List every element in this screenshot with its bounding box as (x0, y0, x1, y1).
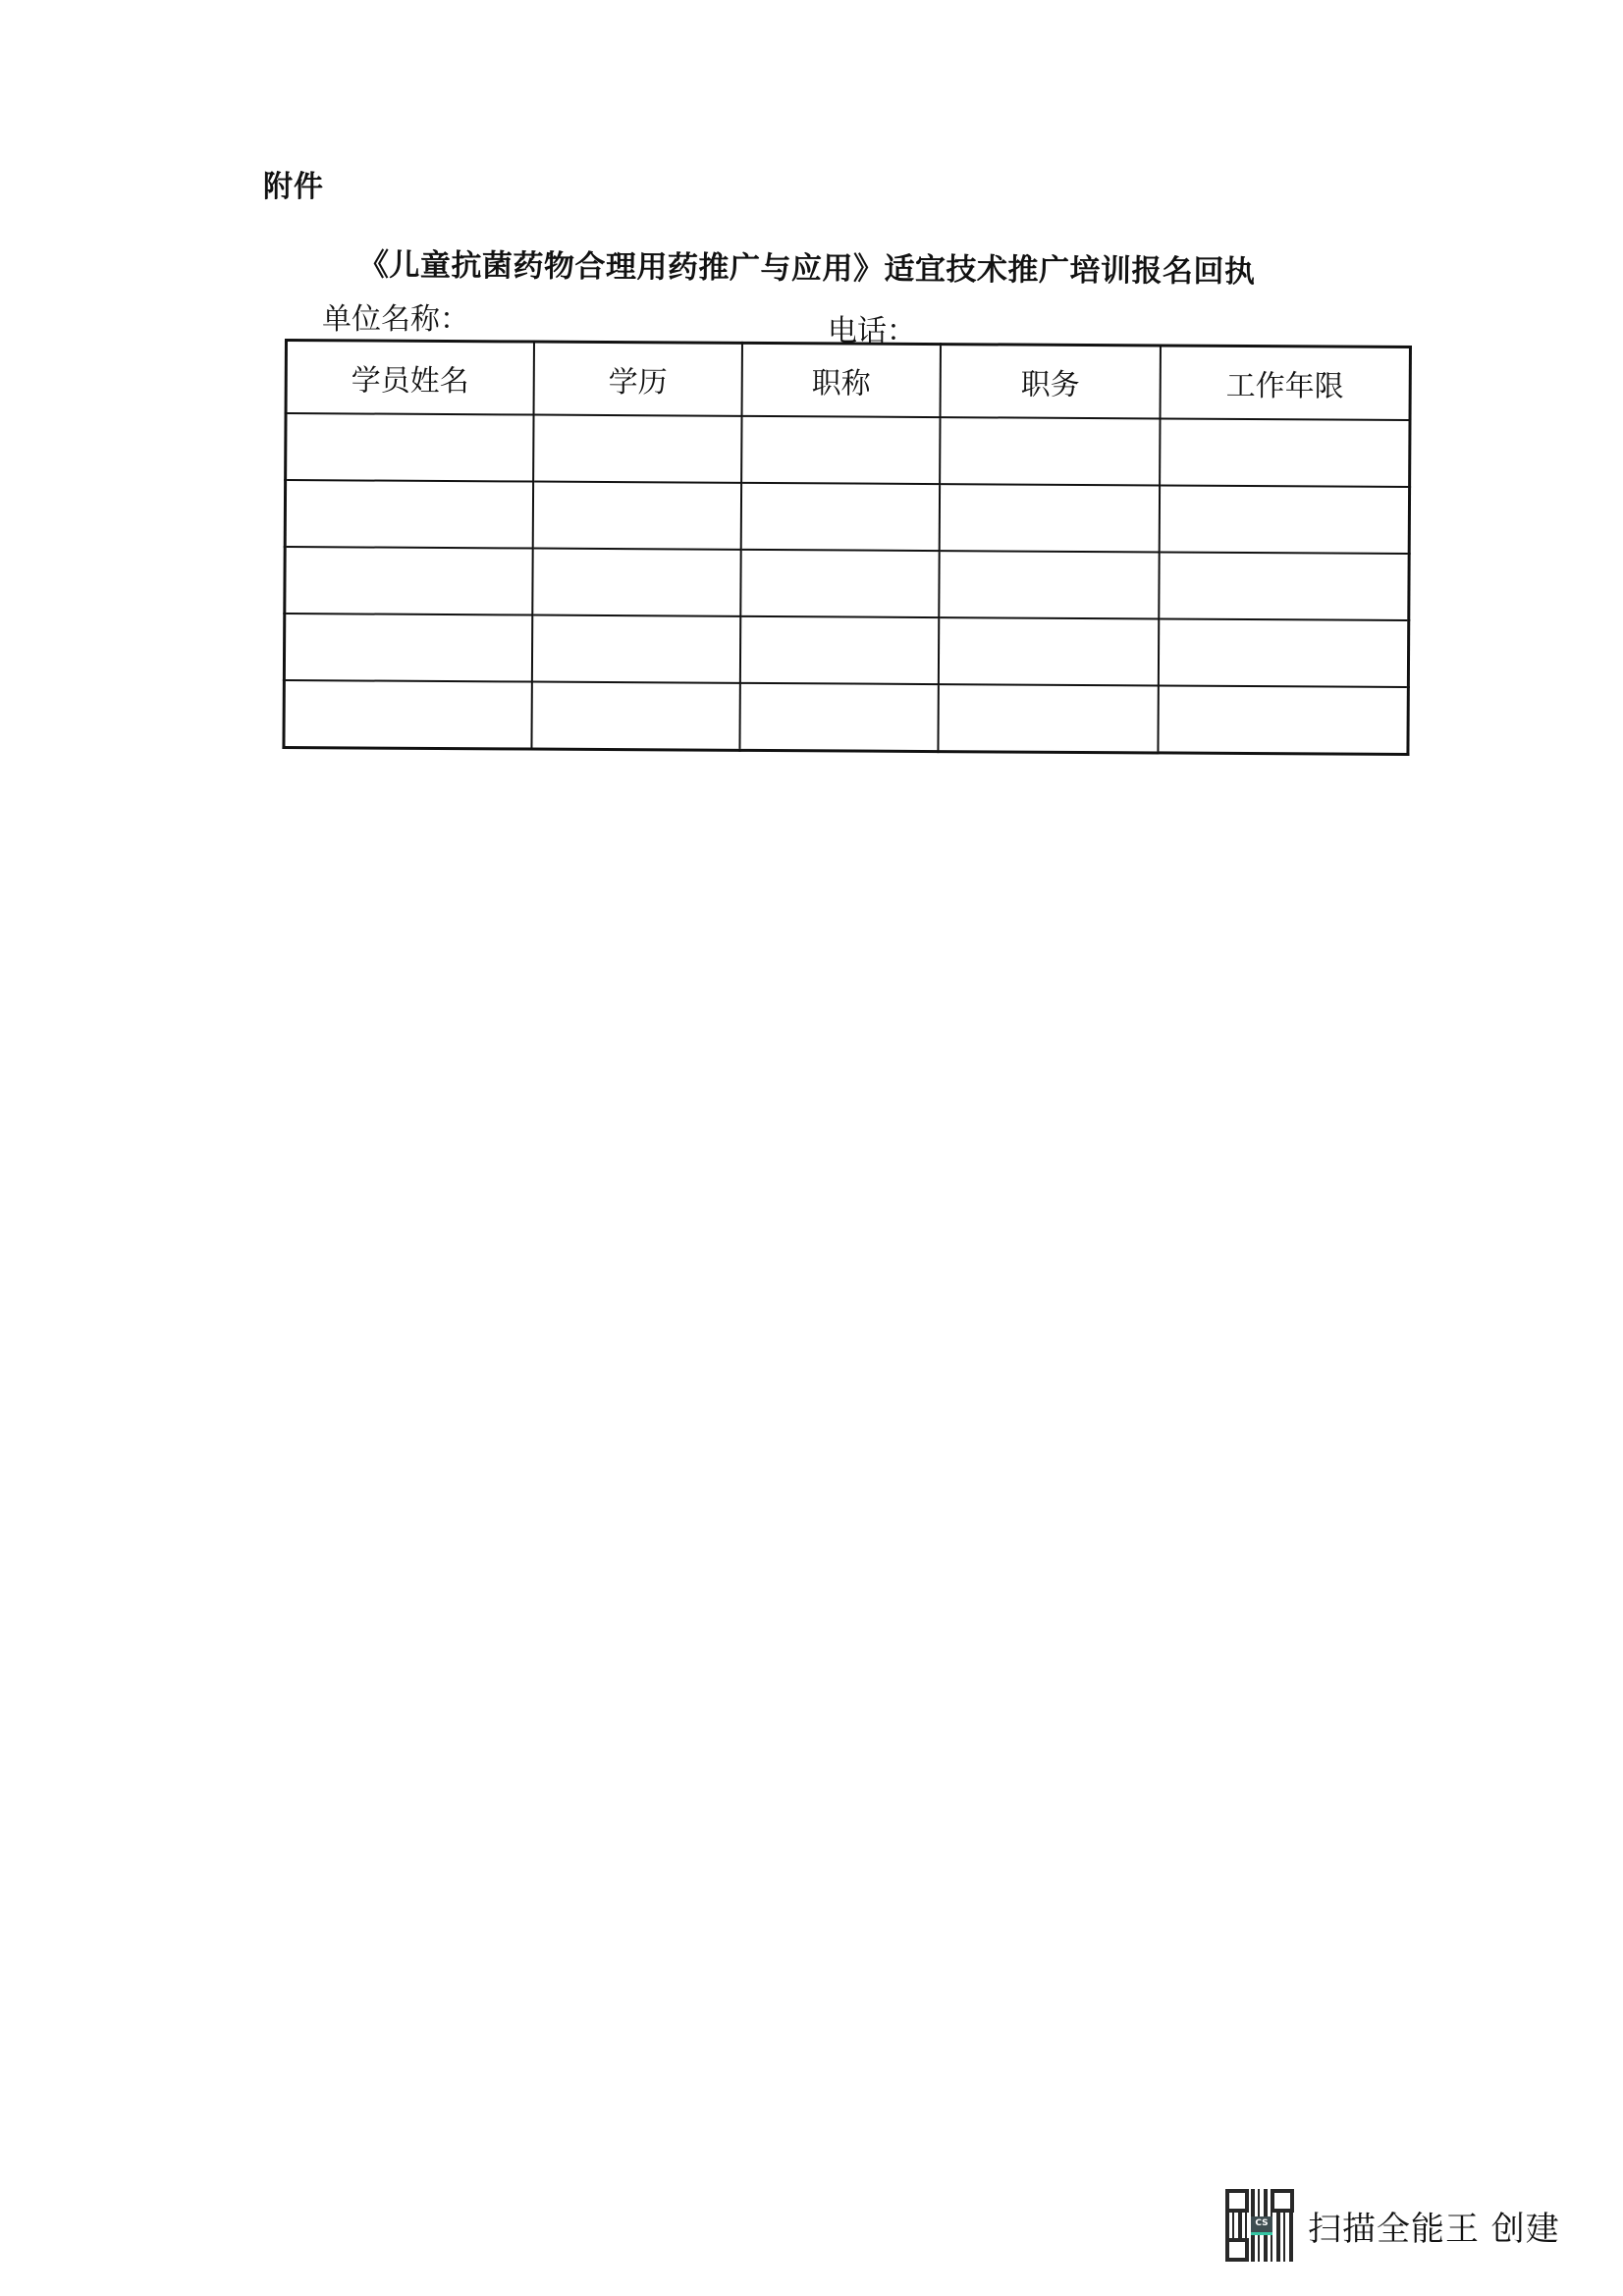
table-cell (1160, 418, 1410, 487)
column-header-professional-title: 职称 (742, 343, 941, 417)
table-header-row: 学员姓名 学历 职称 职务 工作年限 (286, 341, 1410, 420)
unit-name-label: 单位名称： (322, 294, 469, 338)
page-title: 《儿童抗菌药物合理用药推广与应用》适宜技术推广培训报名回执 (358, 240, 1256, 291)
attachment-label: 附件 (263, 162, 324, 205)
column-header-years-of-work: 工作年限 (1161, 346, 1411, 420)
table-row (285, 547, 1409, 620)
table-cell (286, 413, 534, 482)
table-cell (740, 616, 939, 684)
table-row (286, 413, 1410, 487)
table-row (285, 480, 1409, 554)
camscanner-watermark: CS 扫描全能王 创建 (1225, 2189, 1560, 2262)
qr-corner-marker (1225, 2238, 1249, 2262)
column-header-education: 学历 (534, 342, 742, 416)
table-row (284, 680, 1408, 754)
column-header-name: 学员姓名 (286, 341, 534, 415)
table-cell (938, 684, 1158, 753)
table-cell (284, 614, 532, 682)
table-row (284, 614, 1408, 687)
table-cell (739, 683, 938, 752)
table-cell (741, 483, 940, 551)
table-cell (531, 682, 739, 751)
table-cell (939, 551, 1159, 618)
table-cell (741, 416, 940, 484)
table-cell (285, 547, 533, 615)
table-cell (285, 480, 533, 549)
watermark-text: 扫描全能王 创建 (1308, 2202, 1560, 2250)
column-header-position: 职务 (941, 345, 1161, 419)
table-cell (532, 549, 740, 616)
table-cell (740, 550, 939, 617)
table-cell (1158, 685, 1408, 754)
table-cell (533, 415, 741, 483)
registration-form-table: 学员姓名 学历 职称 职务 工作年限 (282, 339, 1412, 756)
table-cell (940, 417, 1160, 485)
cs-logo-icon: CS (1251, 2216, 1272, 2235)
table-cell (284, 680, 532, 749)
camscanner-qr-icon: CS (1225, 2189, 1294, 2262)
table-cell (1159, 552, 1409, 620)
table-cell (533, 482, 741, 550)
table-cell (940, 484, 1160, 552)
table-cell (1160, 485, 1410, 554)
table-cell (532, 615, 740, 683)
table-cell (1159, 618, 1409, 687)
table-cell (939, 617, 1159, 685)
